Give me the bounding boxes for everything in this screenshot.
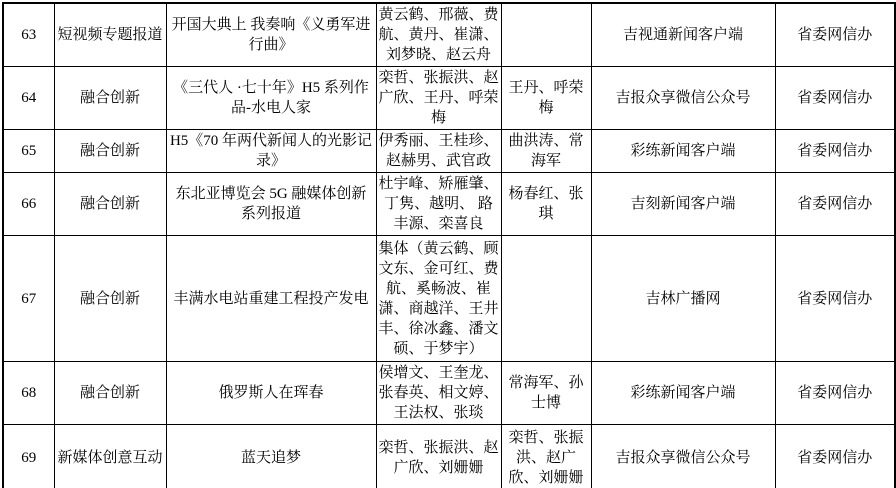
cell-authors: 栾哲、张振洪、赵广欣、刘姗姗	[376, 425, 501, 488]
cell-editors	[501, 3, 591, 67]
cell-authors: 侯增文、王奎龙、张春英、相文婷、王法权、张琰	[376, 362, 501, 425]
cell-authors: 黄云鹤、邢薇、费航、黄丹、崔潇、刘梦晓、赵云舟	[376, 3, 501, 67]
cell-org: 省委网信办	[775, 3, 895, 67]
cell-category: 融合创新	[54, 130, 166, 173]
table-row: 67 融合创新 丰满水电站重建工程投产发电 集体（黄云鹤、顾文东、金可红、费航、…	[3, 236, 895, 362]
cell-outlet: 彩练新闻客户端	[591, 362, 775, 425]
cell-category: 新媒体创意互动	[54, 425, 166, 488]
cell-editors: 栾哲、张振洪、赵广欣、刘姗姗	[501, 425, 591, 488]
cell-outlet: 吉报众享微信公众号	[591, 425, 775, 488]
cell-row-number: 63	[3, 3, 54, 67]
cell-outlet: 彩练新闻客户端	[591, 130, 775, 173]
cell-title: H5《70 年两代新闻人的光影记录》	[166, 130, 376, 173]
cell-org: 省委网信办	[775, 362, 895, 425]
cell-category: 融合创新	[54, 67, 166, 130]
cell-category: 融合创新	[54, 173, 166, 236]
cell-row-number: 69	[3, 425, 54, 488]
cell-row-number: 66	[3, 173, 54, 236]
cell-org: 省委网信办	[775, 67, 895, 130]
cell-row-number: 67	[3, 236, 54, 362]
table-row: 65 融合创新 H5《70 年两代新闻人的光影记录》 伊秀丽、王桂珍、赵赫男、武…	[3, 130, 895, 173]
cell-row-number: 65	[3, 130, 54, 173]
cell-title: 《三代人 ·七十年》H5 系列作品-水电人家	[166, 67, 376, 130]
cell-outlet: 吉视通新闻客户端	[591, 3, 775, 67]
table-row: 63 短视频专题报道 开国大典上 我奏响《义勇军进行曲》 黄云鹤、邢薇、费航、黄…	[3, 3, 895, 67]
cell-outlet: 吉林广播网	[591, 236, 775, 362]
table-row: 68 融合创新 俄罗斯人在珲春 侯增文、王奎龙、张春英、相文婷、王法权、张琰 常…	[3, 362, 895, 425]
cell-authors: 杜宇峰、矫雁肇、丁隽、越明、 路丰源、栾喜良	[376, 173, 501, 236]
cell-org: 省委网信办	[775, 130, 895, 173]
cell-title: 开国大典上 我奏响《义勇军进行曲》	[166, 3, 376, 67]
cell-category: 融合创新	[54, 362, 166, 425]
cell-category: 融合创新	[54, 236, 166, 362]
cell-org: 省委网信办	[775, 425, 895, 488]
cell-row-number: 68	[3, 362, 54, 425]
cell-editors	[501, 236, 591, 362]
cell-category: 短视频专题报道	[54, 3, 166, 67]
cell-authors: 栾哲、张振洪、赵广欣、王丹、呼荣梅	[376, 67, 501, 130]
cell-title: 东北亚博览会 5G 融媒体创新系列报道	[166, 173, 376, 236]
cell-org: 省委网信办	[775, 236, 895, 362]
table-row: 66 融合创新 东北亚博览会 5G 融媒体创新系列报道 杜宇峰、矫雁肇、丁隽、越…	[3, 173, 895, 236]
cell-title: 蓝天追梦	[166, 425, 376, 488]
cell-org: 省委网信办	[775, 173, 895, 236]
cell-row-number: 64	[3, 67, 54, 130]
cell-outlet: 吉刻新闻客户端	[591, 173, 775, 236]
cell-editors: 杨春红、张琪	[501, 173, 591, 236]
cell-title: 俄罗斯人在珲春	[166, 362, 376, 425]
awards-table: 63 短视频专题报道 开国大典上 我奏响《义勇军进行曲》 黄云鹤、邢薇、费航、黄…	[2, 2, 896, 488]
cell-outlet: 吉报众享微信公众号	[591, 67, 775, 130]
cell-authors: 伊秀丽、王桂珍、赵赫男、武官政	[376, 130, 501, 173]
cell-editors: 王丹、呼荣梅	[501, 67, 591, 130]
cell-title: 丰满水电站重建工程投产发电	[166, 236, 376, 362]
table-row: 69 新媒体创意互动 蓝天追梦 栾哲、张振洪、赵广欣、刘姗姗 栾哲、张振洪、赵广…	[3, 425, 895, 488]
table-row: 64 融合创新 《三代人 ·七十年》H5 系列作品-水电人家 栾哲、张振洪、赵广…	[3, 67, 895, 130]
document-page: 63 短视频专题报道 开国大典上 我奏响《义勇军进行曲》 黄云鹤、邢薇、费航、黄…	[0, 0, 896, 488]
cell-editors: 曲洪涛、常海军	[501, 130, 591, 173]
cell-editors: 常海军、孙士博	[501, 362, 591, 425]
cell-authors: 集体（黄云鹤、顾文东、金可红、费航、奚畅波、崔潇、商越洋、王井丰、徐冰鑫、潘文硕…	[376, 236, 501, 362]
